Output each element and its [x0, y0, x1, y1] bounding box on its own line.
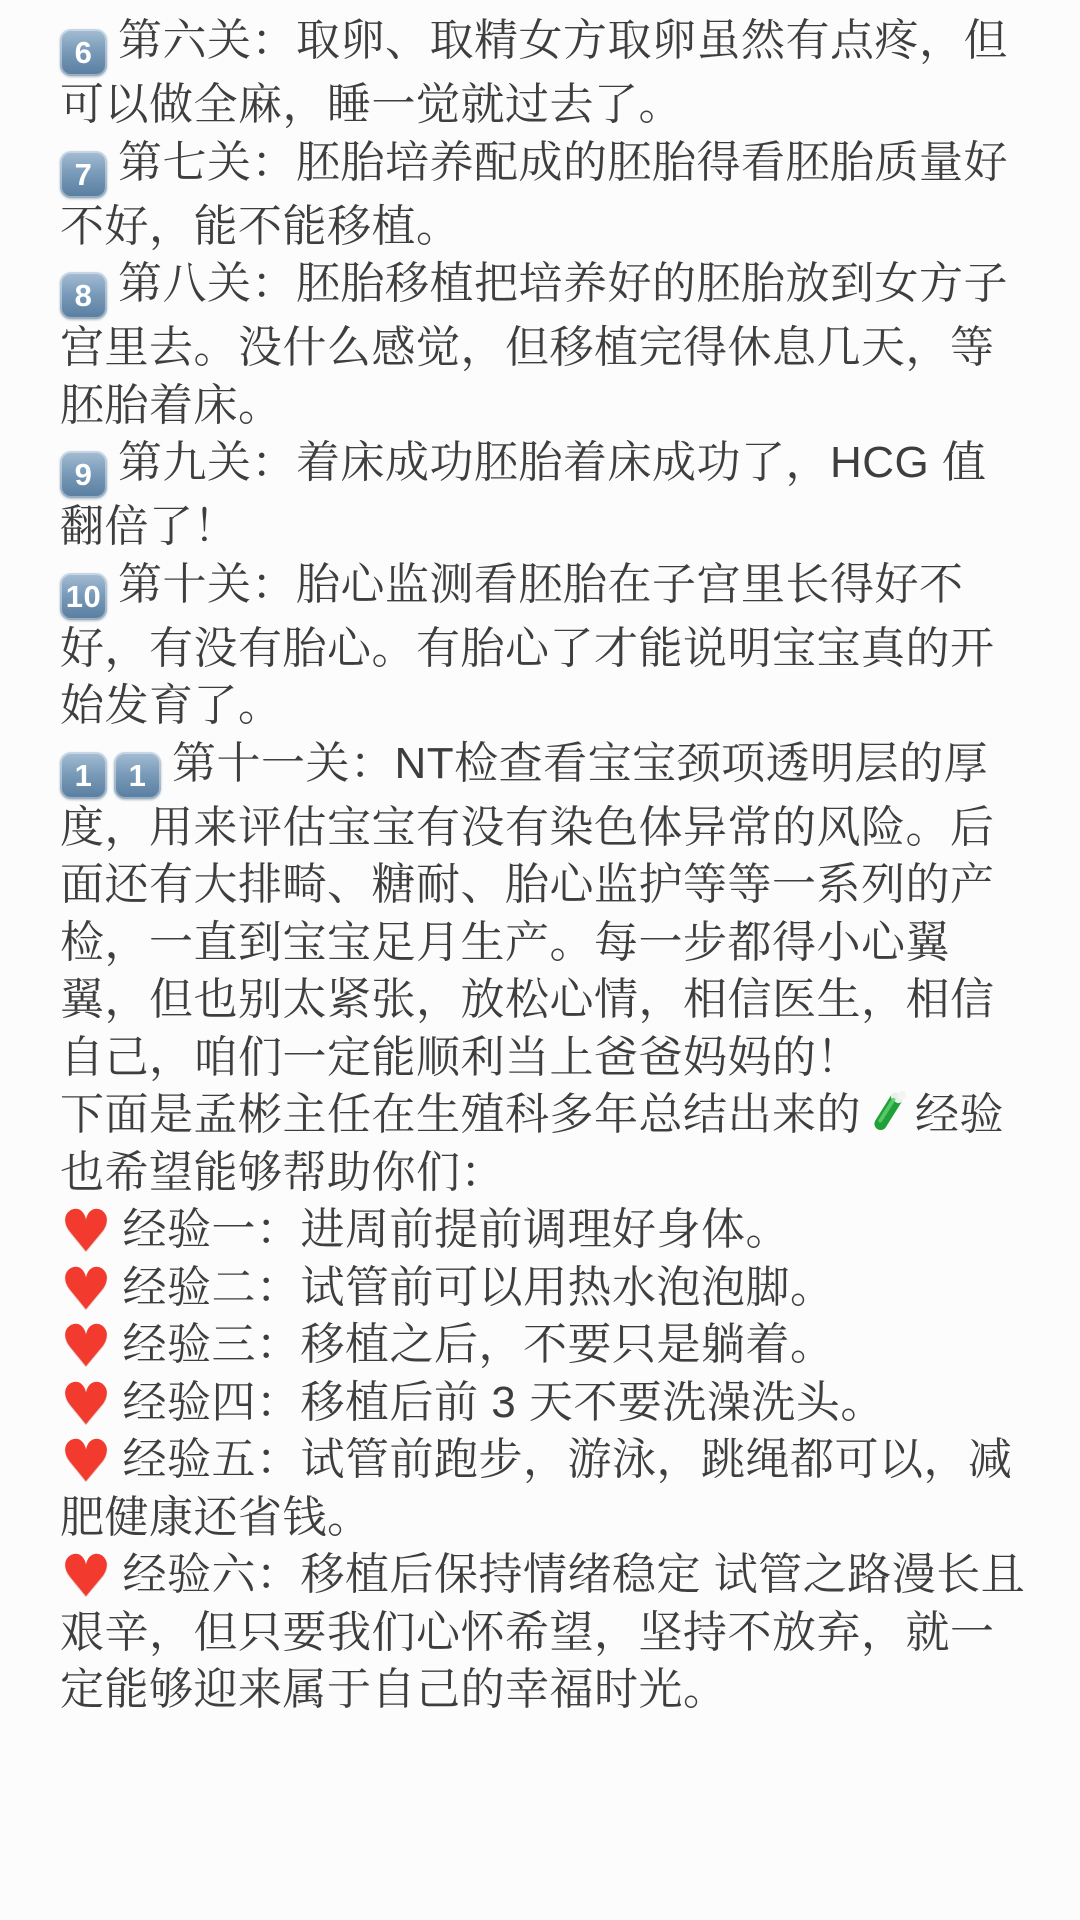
- keycap-8-icon: 8: [60, 272, 107, 319]
- step-item-6: 6第六关：取卵、取精女方取卵虽然有点疼，但可以做全麻，睡一觉就过去了。: [60, 12, 1028, 134]
- test-tube-icon: [865, 1087, 911, 1137]
- tip-text: 经验四：移植后前 3 天不要洗澡洗头。: [123, 1378, 885, 1427]
- post-body: 6第六关：取卵、取精女方取卵虽然有点疼，但可以做全麻，睡一觉就过去了。 7第七关…: [0, 0, 1080, 1719]
- tip-item-5: ♥经验五：试管前跑步，游泳，跳绳都可以，减肥健康还省钱。: [60, 1431, 1028, 1546]
- step-text: 第七关：胚胎培养配成的胚胎得看胚胎质量好不好，能不能移植。: [60, 138, 1008, 251]
- keycap-7-icon: 7: [60, 151, 107, 198]
- step-item-10: 10第十关：胎心监测看胚胎在子宫里长得好不好，有没有胎心。有胎心了才能说明宝宝真…: [60, 556, 1028, 735]
- intro-text-before: 下面是孟彬主任在生殖科多年总结出来的: [60, 1090, 861, 1139]
- tip-item-6: ♥经验六：移植后保持情绪稳定 试管之路漫长且艰辛，但只要我们心怀希望，坚持不放弃…: [60, 1546, 1028, 1719]
- step-item-8: 8第八关：胚胎移植把培养好的胚胎放到女方子宫里去。没什么感觉，但移植完得休息几天…: [60, 255, 1028, 434]
- tip-text: 经验一：进周前提前调理好身体。: [123, 1205, 791, 1254]
- step-item-9: 9第九关：着床成功胚胎着床成功了，HCG 值翻倍了！: [60, 434, 1028, 556]
- tip-item-3: ♥经验三：移植之后，不要只是躺着。: [60, 1316, 1028, 1374]
- intro-paragraph: 下面是孟彬主任在生殖科多年总结出来的 经验也希望能够帮助你们：: [60, 1086, 1028, 1201]
- step-text: 第十一关：NT检查看宝宝颈项透明层的厚度，用来评估宝宝有没有染色体异常的风险。后…: [60, 739, 995, 1082]
- keycap-1-icon: 1: [114, 752, 161, 799]
- step-item-7: 7第七关：胚胎培养配成的胚胎得看胚胎质量好不好，能不能移植。: [60, 134, 1028, 256]
- keycap-9-icon: 9: [60, 451, 107, 498]
- step-text: 第六关：取卵、取精女方取卵虽然有点疼，但可以做全麻，睡一觉就过去了。: [60, 16, 1008, 129]
- step-item-11: 11第十一关：NT检查看宝宝颈项透明层的厚度，用来评估宝宝有没有染色体异常的风险…: [60, 735, 1028, 1087]
- tip-item-1: ♥经验一：进周前提前调理好身体。: [60, 1201, 1028, 1259]
- step-text: 第八关：胚胎移植把培养好的胚胎放到女方子宫里去。没什么感觉，但移植完得休息几天，…: [60, 259, 1008, 430]
- keycap-1-icon: 1: [60, 752, 107, 799]
- step-text: 第九关：着床成功胚胎着床成功了，HCG 值翻倍了！: [60, 438, 987, 551]
- step-text: 第十关：胎心监测看胚胎在子宫里长得好不好，有没有胎心。有胎心了才能说明宝宝真的开…: [60, 560, 995, 731]
- tip-item-2: ♥经验二：试管前可以用热水泡泡脚。: [60, 1259, 1028, 1317]
- keycap-10-icon: 10: [60, 573, 107, 620]
- tip-text: 经验三：移植之后，不要只是躺着。: [123, 1320, 835, 1369]
- tip-item-4: ♥经验四：移植后前 3 天不要洗澡洗头。: [60, 1374, 1028, 1432]
- tip-text: 经验二：试管前可以用热水泡泡脚。: [123, 1263, 835, 1312]
- keycap-6-icon: 6: [60, 29, 107, 76]
- tip-text: 经验六：移植后保持情绪稳定 试管之路漫长且艰辛，但只要我们心怀希望，坚持不放弃，…: [60, 1550, 1025, 1714]
- tip-text: 经验五：试管前跑步，游泳，跳绳都可以，减肥健康还省钱。: [60, 1435, 1013, 1542]
